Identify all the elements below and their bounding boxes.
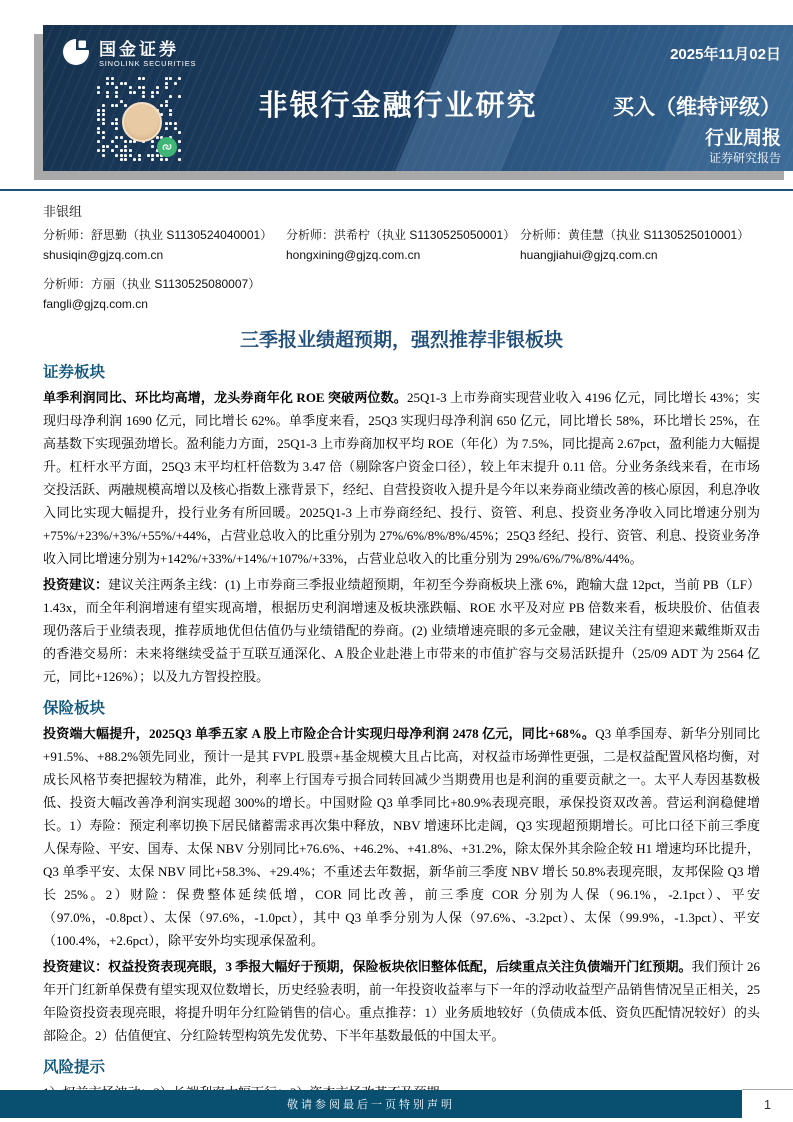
analyst-block: 非银组 分析师：舒思勤（执业 S1130524040001） shusiqin@… (43, 201, 760, 311)
brand-name-en: SINOLINK SECURITIES (99, 59, 196, 68)
paragraph-lead: 投资建议：权益投资表现亮眼，3 季报大幅好于预期，保险板块依旧整体低配，后续重点… (43, 959, 692, 974)
paragraph-lead: 投资端大幅提升，2025Q3 单季五家 A 股上市险企合计实现归母净利润 247… (43, 726, 595, 741)
report-date: 2025年11月02日 (670, 43, 781, 64)
section-heading-risk: 风险提示 (43, 1055, 760, 1077)
analyst-card: 分析师：方丽（执业 S1130525080007） fangli@gjzq.co… (43, 275, 286, 311)
paragraph-body: Q3 单季国寿、新华分别同比+91.5%、+88.2%领先同业，预计一是其 FV… (43, 726, 760, 948)
analyst-card: 分析师：洪希柠（执业 S1130525050001） hongxining@gj… (286, 226, 520, 262)
rating-label: 买入（维持评级） (613, 91, 781, 121)
analyst-email[interactable]: fangli@gjzq.com.cn (43, 297, 148, 311)
footer-disclaimer-text: 敬请参阅最后一页特别声明 (287, 1096, 455, 1112)
analyst-email[interactable]: hongxining@gjzq.com.cn (286, 248, 420, 262)
analyst-card: 分析师：舒思勤（执业 S1130524040001） shusiqin@gjzq… (43, 226, 286, 262)
footer-disclaimer-bar: 敬请参阅最后一页特别声明 (0, 1090, 742, 1118)
analyst-email[interactable]: shusiqin@gjzq.com.cn (43, 248, 163, 262)
paragraph-lead: 投资建议： (43, 577, 108, 592)
paragraph-securities-results: 单季利润同比、环比均高增，龙头券商年化 ROE 突破两位数。25Q1-3 上市券… (43, 386, 760, 570)
report-body: 非银组 分析师：舒思勤（执业 S1130524040001） shusiqin@… (43, 201, 760, 1107)
paragraph-lead: 单季利润同比、环比均高增，龙头券商年化 ROE 突破两位数。 (43, 390, 407, 405)
header-divider (0, 189, 793, 191)
section-heading-insurance: 保险板块 (43, 696, 760, 718)
brand-name-cn: 国金证券 (99, 41, 196, 59)
paragraph-body: 25Q1-3 上市券商实现营业收入 4196 亿元，同比增长 43%；实现归母净… (43, 390, 760, 566)
report-page: 国金证券 SINOLINK SECURITIES 2025年11月02日 非银行… (0, 0, 793, 1122)
analyst-card: 分析师：黄佳慧（执业 S1130525010001） huangjiahui@g… (520, 226, 760, 262)
paragraph-body: 建议关注两条主线：(1) 上市券商三季报业绩超预期，年初至今券商板块上涨 6%，… (43, 577, 760, 684)
article-title: 三季报业绩超预期，强烈推荐非银板块 (43, 325, 760, 352)
analyst-name-label: 分析师：方丽（执业 S1130525080007） (43, 275, 286, 292)
page-number: 1 (742, 1089, 793, 1118)
report-header-banner: 国金证券 SINOLINK SECURITIES 2025年11月02日 非银行… (43, 25, 793, 171)
analyst-email[interactable]: huangjiahui@gjzq.com.cn (520, 248, 658, 262)
paragraph-securities-advice: 投资建议：建议关注两条主线：(1) 上市券商三季报业绩超预期，年初至今券商板块上… (43, 573, 760, 688)
paragraph-insurance-results: 投资端大幅提升，2025Q3 单季五家 A 股上市险企合计实现归母净利润 247… (43, 722, 760, 952)
report-type-label: 行业周报 (705, 123, 781, 150)
analyst-group-label: 非银组 (43, 201, 760, 220)
analyst-name-label: 分析师：洪希柠（执业 S1130525050001） (286, 226, 520, 243)
analyst-name-label: 分析师：黄佳慧（执业 S1130525010001） (520, 226, 760, 243)
paragraph-insurance-advice: 投资建议：权益投资表现亮眼，3 季报大幅好于预期，保险板块依旧整体低配，后续重点… (43, 955, 760, 1047)
sinolink-logo-icon (61, 37, 91, 72)
section-heading-securities: 证券板块 (43, 360, 760, 382)
brand-logo: 国金证券 SINOLINK SECURITIES (61, 37, 196, 72)
report-category-label: 证券研究报告 (709, 149, 781, 166)
analyst-name-label: 分析师：舒思勤（执业 S1130524040001） (43, 226, 286, 243)
wechat-channels-icon (157, 137, 177, 157)
